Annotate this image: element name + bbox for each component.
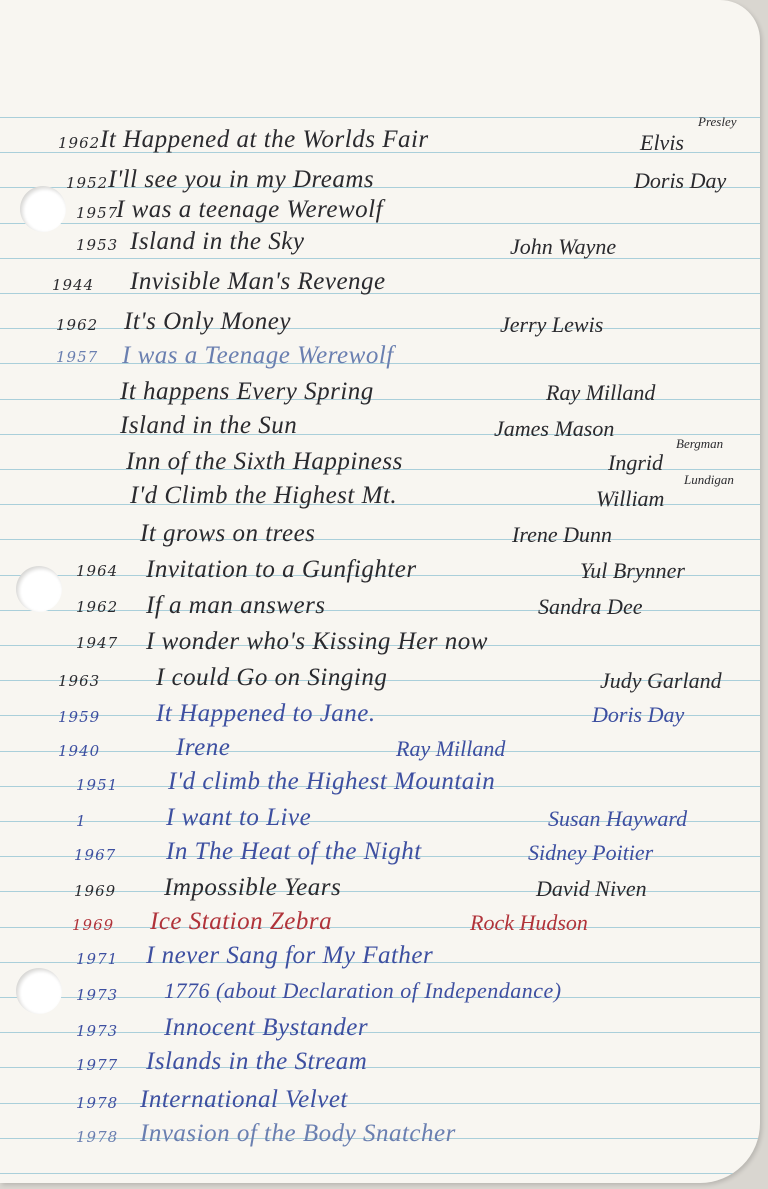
entry-year: 1962: [76, 598, 118, 616]
entry-title: Impossible Years: [164, 874, 341, 902]
entry-title: I never Sang for My Father: [146, 942, 433, 970]
list-item: It happens Every Spring Ray Milland: [0, 378, 760, 408]
entry-actor: Jerry Lewis: [500, 312, 603, 338]
entry-title: It happens Every Spring: [120, 378, 374, 406]
entry-title: I was a teenage Werewolf: [116, 196, 383, 224]
entry-title: It grows on trees: [140, 520, 315, 548]
entry-year: 1969: [72, 916, 114, 934]
entry-title: In The Heat of the Night: [166, 838, 422, 866]
entry-year: 1962: [56, 316, 98, 334]
entry-year: 1971: [76, 950, 118, 968]
list-item: 1963 I could Go on Singing Judy Garland: [0, 664, 760, 694]
entry-title: 1776 (about Declaration of Independance): [164, 978, 562, 1004]
entry-title: I could Go on Singing: [156, 664, 387, 692]
entry-title: I'd Climb the Highest Mt.: [130, 482, 397, 510]
list-item: 1978 Invasion of the Body Snatcher: [0, 1120, 760, 1150]
entry-actor: Sandra Dee: [538, 594, 642, 620]
list-item: 1967 In The Heat of the Night Sidney Poi…: [0, 838, 760, 868]
list-item: 1953 Island in the Sky John Wayne: [0, 228, 760, 258]
list-item: 1940 Irene Ray Milland: [0, 734, 760, 764]
entry-actor: Ray Milland: [396, 736, 505, 762]
entry-actor-note: Bergman: [676, 436, 723, 452]
list-item: Island in the Sun James Mason: [0, 412, 760, 442]
list-item: 1969 Ice Station Zebra Rock Hudson: [0, 908, 760, 938]
entry-title: Invisible Man's Revenge: [130, 268, 386, 296]
entry-actor: James Mason: [494, 416, 614, 442]
entry-year: 1967: [74, 846, 116, 864]
list-item: 1959 It Happened to Jane. Doris Day: [0, 700, 760, 730]
entry-actor: Irene Dunn: [512, 522, 612, 548]
entry-year: 1973: [76, 1022, 118, 1040]
list-item: 1962 If a man answers Sandra Dee: [0, 592, 760, 622]
entry-title: Islands in the Stream: [146, 1048, 367, 1076]
list-item: 1962 It's Only Money Jerry Lewis: [0, 308, 760, 338]
entry-year: 1963: [58, 672, 100, 690]
entry-actor-note: Lundigan: [684, 472, 734, 488]
entry-title: Island in the Sky: [130, 228, 304, 256]
entry-title: It's Only Money: [124, 308, 291, 336]
entry-title: I'd climb the Highest Mountain: [168, 768, 495, 796]
entry-year: 1959: [58, 708, 100, 726]
entry-year: 1947: [76, 634, 118, 652]
entry-title: I'll see you in my Dreams: [108, 166, 374, 194]
entry-actor: Doris Day: [592, 702, 684, 728]
entry-title: I want to Live: [166, 804, 311, 832]
list-item: 1973 1776 (about Declaration of Independ…: [0, 978, 760, 1008]
entry-title: Inn of the Sixth Happiness: [126, 448, 403, 476]
entry-title: Invitation to a Gunfighter: [146, 556, 417, 584]
entry-year: 1964: [76, 562, 118, 580]
entry-actor: Ray Milland: [546, 380, 655, 406]
entry-title: Ice Station Zebra: [150, 908, 332, 936]
entry-year: 1: [76, 812, 87, 830]
entry-actor: Elvis: [640, 130, 684, 156]
ruled-line: [0, 117, 760, 118]
entry-title: I wonder who's Kissing Her now: [146, 628, 488, 656]
entry-title: International Velvet: [140, 1086, 348, 1114]
entry-year: 1944: [52, 276, 94, 294]
list-item: 1957 I was a teenage Werewolf: [0, 196, 760, 226]
list-item: It grows on trees Irene Dunn: [0, 520, 760, 550]
entry-year: 1953: [76, 236, 118, 254]
ruled-line: [0, 258, 760, 259]
entry-actor: Susan Hayward: [548, 806, 687, 832]
entry-actor: Rock Hudson: [470, 910, 588, 936]
entry-year: 1978: [76, 1128, 118, 1146]
entry-actor: Judy Garland: [600, 668, 722, 694]
entry-actor: Doris Day: [634, 168, 726, 194]
entry-title: It Happened at the Worlds Fair: [100, 126, 429, 154]
entry-year: 1962: [58, 134, 100, 152]
list-item: Inn of the Sixth Happiness Ingrid Bergma…: [0, 448, 760, 478]
entry-year: 1951: [76, 776, 118, 794]
list-item: 1957 I was a Teenage Werewolf: [0, 342, 760, 372]
entry-title: Invasion of the Body Snatcher: [140, 1120, 456, 1148]
ruled-line: [0, 1173, 760, 1174]
entry-year: 1969: [74, 882, 116, 900]
entry-actor: Yul Brynner: [580, 558, 685, 584]
entry-year: 1952: [66, 174, 108, 192]
list-item: 1964 Invitation to a Gunfighter Yul Bryn…: [0, 556, 760, 586]
list-item: 1977 Islands in the Stream: [0, 1048, 760, 1078]
list-item: 1978 International Velvet: [0, 1086, 760, 1116]
list-item: 1 I want to Live Susan Hayward: [0, 804, 760, 834]
list-item: 1947 I wonder who's Kissing Her now: [0, 628, 760, 658]
entry-title: Innocent Bystander: [164, 1014, 368, 1042]
entry-title: It Happened to Jane.: [156, 700, 376, 728]
entry-actor: David Niven: [536, 876, 647, 902]
notebook-page: 1962 It Happened at the Worlds Fair Elvi…: [0, 0, 760, 1183]
entry-actor-note: Presley: [698, 114, 737, 130]
list-item: I'd Climb the Highest Mt. William Lundig…: [0, 482, 760, 512]
list-item: 1969 Impossible Years David Niven: [0, 874, 760, 904]
entry-year: 1957: [76, 204, 118, 222]
list-item: 1951 I'd climb the Highest Mountain: [0, 768, 760, 798]
entry-year: 1940: [58, 742, 100, 760]
entry-actor: John Wayne: [510, 234, 616, 260]
entry-year: 1957: [56, 348, 98, 366]
entry-actor: William: [596, 486, 664, 512]
entry-actor: Sidney Poitier: [528, 840, 653, 866]
entry-title: If a man answers: [146, 592, 326, 620]
list-item: 1944 Invisible Man's Revenge: [0, 268, 760, 298]
entry-title: Irene: [176, 734, 230, 762]
list-item: 1952 I'll see you in my Dreams Doris Day: [0, 166, 760, 196]
list-item: 1973 Innocent Bystander: [0, 1014, 760, 1044]
entry-title: Island in the Sun: [120, 412, 297, 440]
entry-year: 1978: [76, 1094, 118, 1112]
list-item: 1971 I never Sang for My Father: [0, 942, 760, 972]
entry-actor: Ingrid: [608, 450, 663, 476]
entry-title: I was a Teenage Werewolf: [122, 342, 394, 370]
list-item: 1962 It Happened at the Worlds Fair Elvi…: [0, 126, 760, 156]
entry-year: 1977: [76, 1056, 118, 1074]
entry-year: 1973: [76, 986, 118, 1004]
